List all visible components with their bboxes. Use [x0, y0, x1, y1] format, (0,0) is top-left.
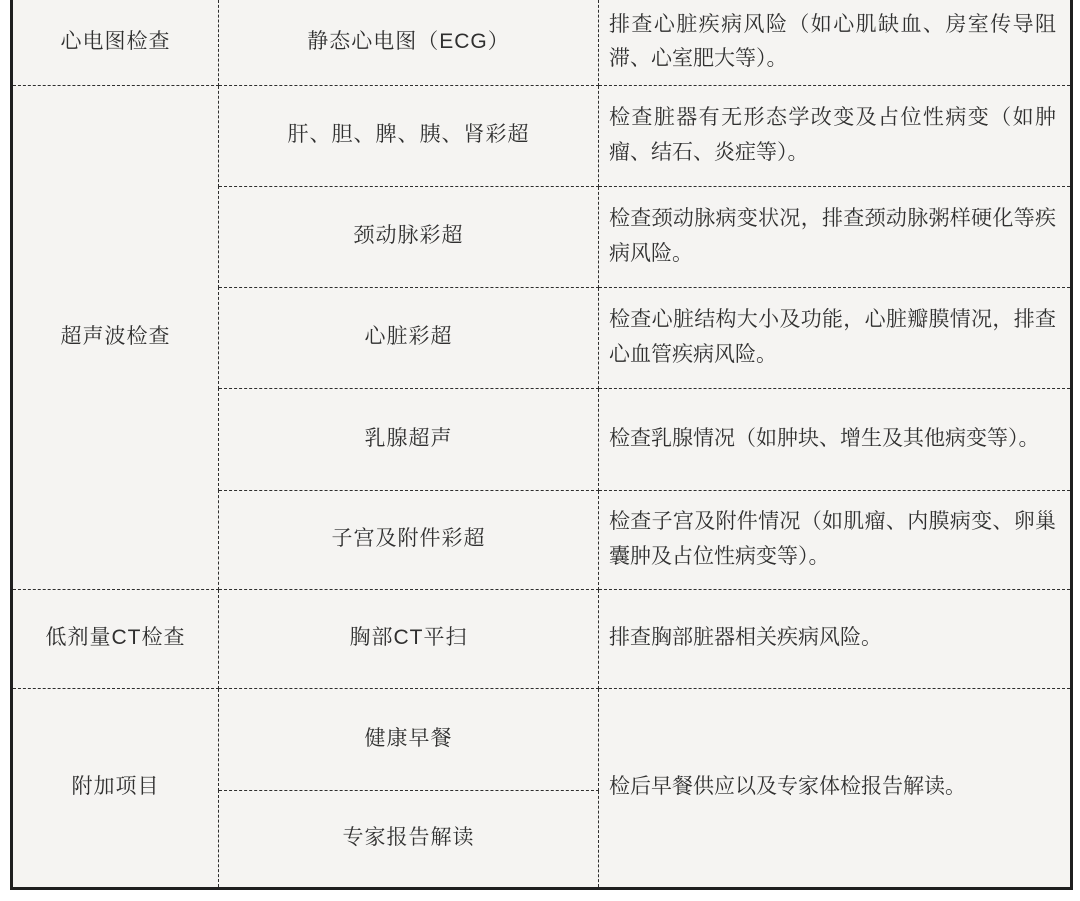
item-cell-breast-ultrasound: 乳腺超声	[219, 388, 599, 490]
desc-cell-uterus-ultrasound: 检查子宫及附件情况（如肌瘤、内膜病变、卵巢囊肿及占位性病变等）。	[599, 490, 1072, 589]
item-cell-healthy-breakfast: 健康早餐	[219, 688, 599, 790]
desc-cell-chest-ct: 排查胸部脏器相关疾病风险。	[599, 589, 1072, 688]
item-cell-cardiac-ultrasound: 心脏彩超	[219, 287, 599, 388]
desc-cell-breast-ultrasound: 检查乳腺情况（如肿块、增生及其他病变等）。	[599, 388, 1072, 490]
item-cell-carotid-ultrasound: 颈动脉彩超	[219, 186, 599, 287]
desc-cell-addon-shared: 检后早餐供应以及专家体检报告解读。	[599, 688, 1072, 888]
desc-cell-static-ecg: 排查心脏疾病风险（如心肌缺血、房室传导阻滞、心室肥大等）。	[599, 0, 1072, 85]
checkup-items-table: 心电图检查 静态心电图（ECG） 排查心脏疾病风险（如心肌缺血、房室传导阻滞、心…	[10, 0, 1073, 890]
table-row: 超声波检查 肝、胆、脾、胰、肾彩超 检查脏器有无形态学改变及占位性病变（如肿瘤、…	[12, 85, 1072, 186]
item-cell-chest-ct: 胸部CT平扫	[219, 589, 599, 688]
item-cell-uterus-ultrasound: 子宫及附件彩超	[219, 490, 599, 589]
item-cell-abdominal-ultrasound: 肝、胆、脾、胰、肾彩超	[219, 85, 599, 186]
desc-cell-abdominal-ultrasound: 检查脏器有无形态学改变及占位性病变（如肿瘤、结石、炎症等）。	[599, 85, 1072, 186]
desc-cell-cardiac-ultrasound: 检查心脏结构大小及功能，心脏瓣膜情况，排查心血管疾病风险。	[599, 287, 1072, 388]
table-row: 低剂量CT检查 胸部CT平扫 排查胸部脏器相关疾病风险。	[12, 589, 1072, 688]
category-cell-ecg: 心电图检查	[12, 0, 219, 85]
category-cell-low-dose-ct: 低剂量CT检查	[12, 589, 219, 688]
item-cell-expert-report-reading: 专家报告解读	[219, 790, 599, 888]
desc-cell-carotid-ultrasound: 检查颈动脉病变状况，排查颈动脉粥样硬化等疾病风险。	[599, 186, 1072, 287]
item-cell-static-ecg: 静态心电图（ECG）	[219, 0, 599, 85]
health-checkup-table-page: 心电图检查 静态心电图（ECG） 排查心脏疾病风险（如心肌缺血、房室传导阻滞、心…	[0, 0, 1080, 901]
category-cell-ultrasound: 超声波检查	[12, 85, 219, 589]
table-row: 心电图检查 静态心电图（ECG） 排查心脏疾病风险（如心肌缺血、房室传导阻滞、心…	[12, 0, 1072, 85]
table-row: 附加项目 健康早餐 检后早餐供应以及专家体检报告解读。	[12, 688, 1072, 790]
category-cell-addon: 附加项目	[12, 688, 219, 888]
